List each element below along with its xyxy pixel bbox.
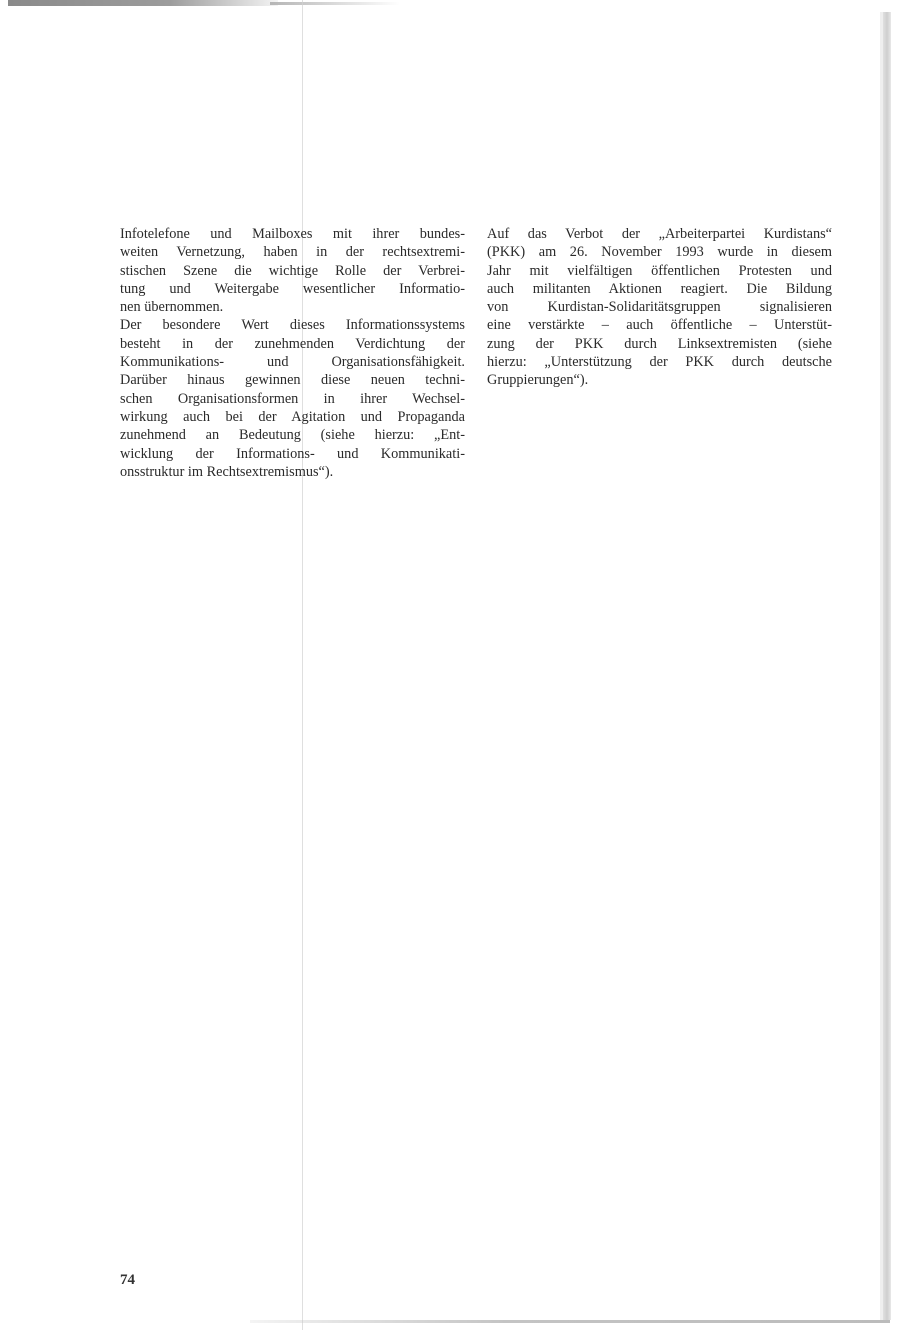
text-line: Kommunikations- und Organisationsfähigke… — [120, 353, 465, 371]
text-line: zunehmend an Bedeutung (siehe hierzu: „E… — [120, 426, 465, 444]
paragraph: Auf das Verbot der „Arbeiterpartei Kurdi… — [487, 225, 832, 390]
text-line: von Kurdistan-Solidaritätsgruppen signal… — [487, 298, 832, 316]
paragraph: Der besondere Wert dieses Informationssy… — [120, 316, 465, 481]
text-line: Der besondere Wert dieses Informationssy… — [120, 316, 465, 334]
text-line: tung und Weitergabe wesentlicher Informa… — [120, 280, 465, 298]
text-line: schen Organisationsformen in ihrer Wechs… — [120, 390, 465, 408]
text-line: Jahr mit vielfältigen öffentlichen Prote… — [487, 262, 832, 280]
page-number: 74 — [120, 1272, 135, 1289]
page-fold-line — [302, 0, 303, 1330]
text-column-right: Auf das Verbot der „Arbeiterpartei Kurdi… — [487, 225, 832, 390]
text-line: wirkung auch bei der Agitation und Propa… — [120, 408, 465, 426]
scan-edge-right — [883, 12, 891, 1320]
text-line: Auf das Verbot der „Arbeiterpartei Kurdi… — [487, 225, 832, 243]
text-line: (PKK) am 26. November 1993 wurde in dies… — [487, 243, 832, 261]
paragraph: Infotelefone und Mailboxes mit ihrer bun… — [120, 225, 465, 316]
text-column-left: Infotelefone und Mailboxes mit ihrer bun… — [120, 225, 465, 481]
text-line: auch militanten Aktionen reagiert. Die B… — [487, 280, 832, 298]
text-line: stischen Szene die wichtige Rolle der Ve… — [120, 262, 465, 280]
text-line: onsstruktur im Rechtsextremismus“). — [120, 463, 465, 481]
text-line: eine verstärkte – auch öffentliche – Unt… — [487, 316, 832, 334]
text-line: weiten Vernetzung, haben in der rechtsex… — [120, 243, 465, 261]
text-line: zung der PKK durch Linksextremisten (sie… — [487, 335, 832, 353]
scan-edge-top — [8, 0, 278, 6]
text-line: nen übernommen. — [120, 298, 465, 316]
text-line: Gruppierungen“). — [487, 371, 832, 389]
scan-edge-bottom — [250, 1320, 890, 1323]
text-line: besteht in der zunehmenden Verdichtung d… — [120, 335, 465, 353]
text-line: hierzu: „Unterstützung der PKK durch deu… — [487, 353, 832, 371]
text-line: wicklung der Informations- und Kommunika… — [120, 445, 465, 463]
text-line: Darüber hinaus gewinnen diese neuen tech… — [120, 371, 465, 389]
scan-edge-top-fade — [270, 2, 400, 5]
text-line: Infotelefone und Mailboxes mit ihrer bun… — [120, 225, 465, 243]
